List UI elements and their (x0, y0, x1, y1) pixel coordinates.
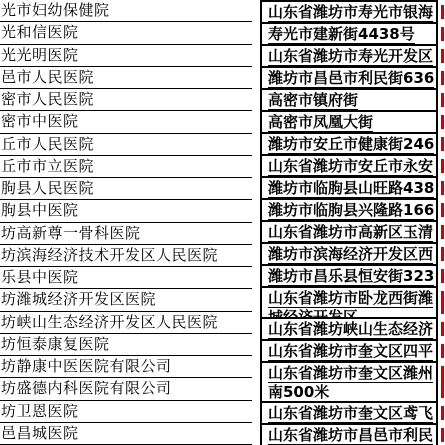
address-line: 山东省潍坊市奎文区鸢飞 (268, 405, 433, 423)
address-line: 山东省潍坊市寿光市银海 (268, 4, 433, 22)
address-line: 高密市凤凰大街 (268, 114, 373, 132)
hospital-address-cell[interactable]: 潍坊市临朐县山旺路438 (262, 178, 436, 200)
hospital-name-cell[interactable]: 坊峡山生态经济开发区人民医院 (0, 312, 252, 334)
hospital-name-cell[interactable]: 朐县人民医院 (0, 178, 252, 200)
address-line: 山东省潍坊市安丘市永安 (268, 158, 433, 176)
hospital-address-cell[interactable]: 山东省潍坊市奎文区鸢飞 (262, 403, 436, 425)
hospital-address-cell[interactable]: 山东省潍坊市奎文区潍州南500米 (262, 363, 436, 403)
red-marker (441, 225, 444, 239)
red-marker (441, 203, 444, 217)
red-marker (441, 115, 444, 129)
red-marker (441, 322, 444, 336)
address-line: 山东省潍坊市奎文区潍州 (268, 365, 433, 383)
hospital-address-cell[interactable]: 潍坊市滨海经济开发区西 (262, 244, 436, 266)
address-line: 潍坊市昌邑市利民街636 (268, 70, 434, 88)
hospital-address-cell[interactable]: 山东省潍坊市卧龙西街潍城经济开发区 (262, 288, 436, 319)
address-line: 山东省潍坊市奎文区四平 (268, 343, 433, 361)
hospital-name-cell[interactable]: 密市人民医院 (0, 89, 252, 111)
hospital-name-cell[interactable]: 丘市市立医院 (0, 156, 252, 178)
hospital-name-cell[interactable]: 坊卫恩医院 (0, 401, 252, 423)
red-marker (441, 27, 444, 41)
red-marker (441, 428, 444, 442)
hospital-address-cell[interactable]: 高密市凤凰大街 (262, 112, 436, 134)
address-line: 潍坊市安丘市健康街246 (268, 136, 434, 154)
red-marker (441, 181, 444, 195)
hospital-name-cell[interactable]: 坊恒泰康复医院 (0, 334, 252, 356)
hospital-name-cell[interactable]: 邑市人民医院 (0, 67, 252, 89)
hospital-name-cell[interactable]: 丘市人民医院 (0, 134, 252, 156)
hospital-name-cell[interactable]: 光光明医院 (0, 45, 252, 67)
hospital-address-cell[interactable]: 山东省潍坊市高新区玉清 (262, 222, 436, 244)
address-line: 山东省潍坊市卧龙西街潍 (268, 290, 433, 308)
hospital-address-cell[interactable]: 高密市镇府街 (262, 90, 436, 112)
hospital-name-cell[interactable]: 乐县中医院 (0, 267, 252, 289)
address-line: 南500米 (268, 384, 329, 402)
hospital-name-cell[interactable]: 坊滨海经济技术开发区人民医院 (0, 245, 252, 267)
address-line: 潍坊市临朐县兴隆路166 (268, 202, 434, 220)
hospital-name-cell[interactable]: 坊静康中医医院有限公司 (0, 356, 252, 378)
hospital-name-cell[interactable]: 密市中医院 (0, 111, 252, 133)
hospital-address-cell[interactable]: 山东省潍坊市昌邑市利民 (262, 425, 436, 445)
address-line: 潍坊市临朐县山旺路438 (268, 180, 434, 198)
red-marker (441, 406, 444, 420)
hospital-address-cell[interactable]: 山东省潍坊峡山生态经济 (262, 319, 436, 341)
red-marker (441, 93, 444, 107)
spreadsheet-viewport: 光市妇幼保健院光和信医院光光明医院邑市人民医院密市人民医院密市中医院丘市人民医院… (0, 0, 445, 445)
hospital-address-cell[interactable]: 山东省潍坊市奎文区四平 (262, 341, 436, 363)
address-line: 山东省潍坊市高新区玉清 (268, 224, 433, 242)
hospital-name-column: 光市妇幼保健院光和信医院光光明医院邑市人民医院密市人民医院密市中医院丘市人民医院… (0, 0, 252, 445)
red-marker (441, 269, 444, 283)
red-marker (441, 247, 444, 261)
hospital-address-cell[interactable]: 潍坊市昌乐县恒安街323 (262, 266, 436, 288)
address-line: 城经济开发区 (268, 309, 358, 319)
hospital-name-cell[interactable]: 坊潍城经济开发区医院 (0, 289, 252, 311)
hospital-name-cell[interactable]: 朐县中医院 (0, 200, 252, 222)
address-line: 潍坊市昌乐县恒安街323 (268, 268, 434, 286)
hospital-address-cell[interactable]: 山东省潍坊市寿光开发区 (262, 46, 436, 68)
address-line: 山东省潍坊市寿光开发区 (268, 48, 433, 66)
address-line: 寿光市建新街4438号 (268, 26, 415, 44)
address-line: 高密市镇府街 (268, 92, 358, 110)
red-marker (441, 5, 444, 19)
red-marker (441, 366, 444, 398)
hospital-name-cell[interactable]: 光和信医院 (0, 22, 252, 44)
red-marker (441, 344, 444, 358)
hospital-address-cell[interactable]: 山东省潍坊市寿光市银海 (262, 2, 436, 24)
hospital-address-column: 山东省潍坊市寿光市银海寿光市建新街4438号山东省潍坊市寿光开发区潍坊市昌邑市利… (260, 0, 438, 445)
hospital-address-cell[interactable]: 潍坊市昌邑市利民街636 (262, 68, 436, 90)
hospital-address-cell[interactable]: 潍坊市安丘市健康街246 (262, 134, 436, 156)
red-marker (441, 49, 444, 63)
address-line: 潍坊市滨海经济开发区西 (268, 246, 433, 264)
hospital-address-cell[interactable]: 山东省潍坊市安丘市永安 (262, 156, 436, 178)
hospital-address-cell[interactable]: 潍坊市临朐县兴隆路166 (262, 200, 436, 222)
red-marker (441, 137, 444, 151)
hospital-name-cell[interactable]: 坊盛德内科医院有限公司 (0, 378, 252, 400)
hospital-address-cell[interactable]: 寿光市建新街4438号 (262, 24, 436, 46)
hospital-name-cell[interactable]: 光市妇幼保健院 (0, 0, 252, 22)
red-marker (441, 159, 444, 173)
red-marker (441, 71, 444, 85)
hospital-name-cell[interactable]: 邑昌城医院 (0, 423, 252, 445)
hospital-name-cell[interactable]: 坊高新尊一骨科医院 (0, 223, 252, 245)
red-marker (441, 291, 444, 314)
address-line: 山东省潍坊市昌邑市利民 (268, 427, 433, 445)
address-line: 山东省潍坊峡山生态经济 (268, 321, 433, 339)
